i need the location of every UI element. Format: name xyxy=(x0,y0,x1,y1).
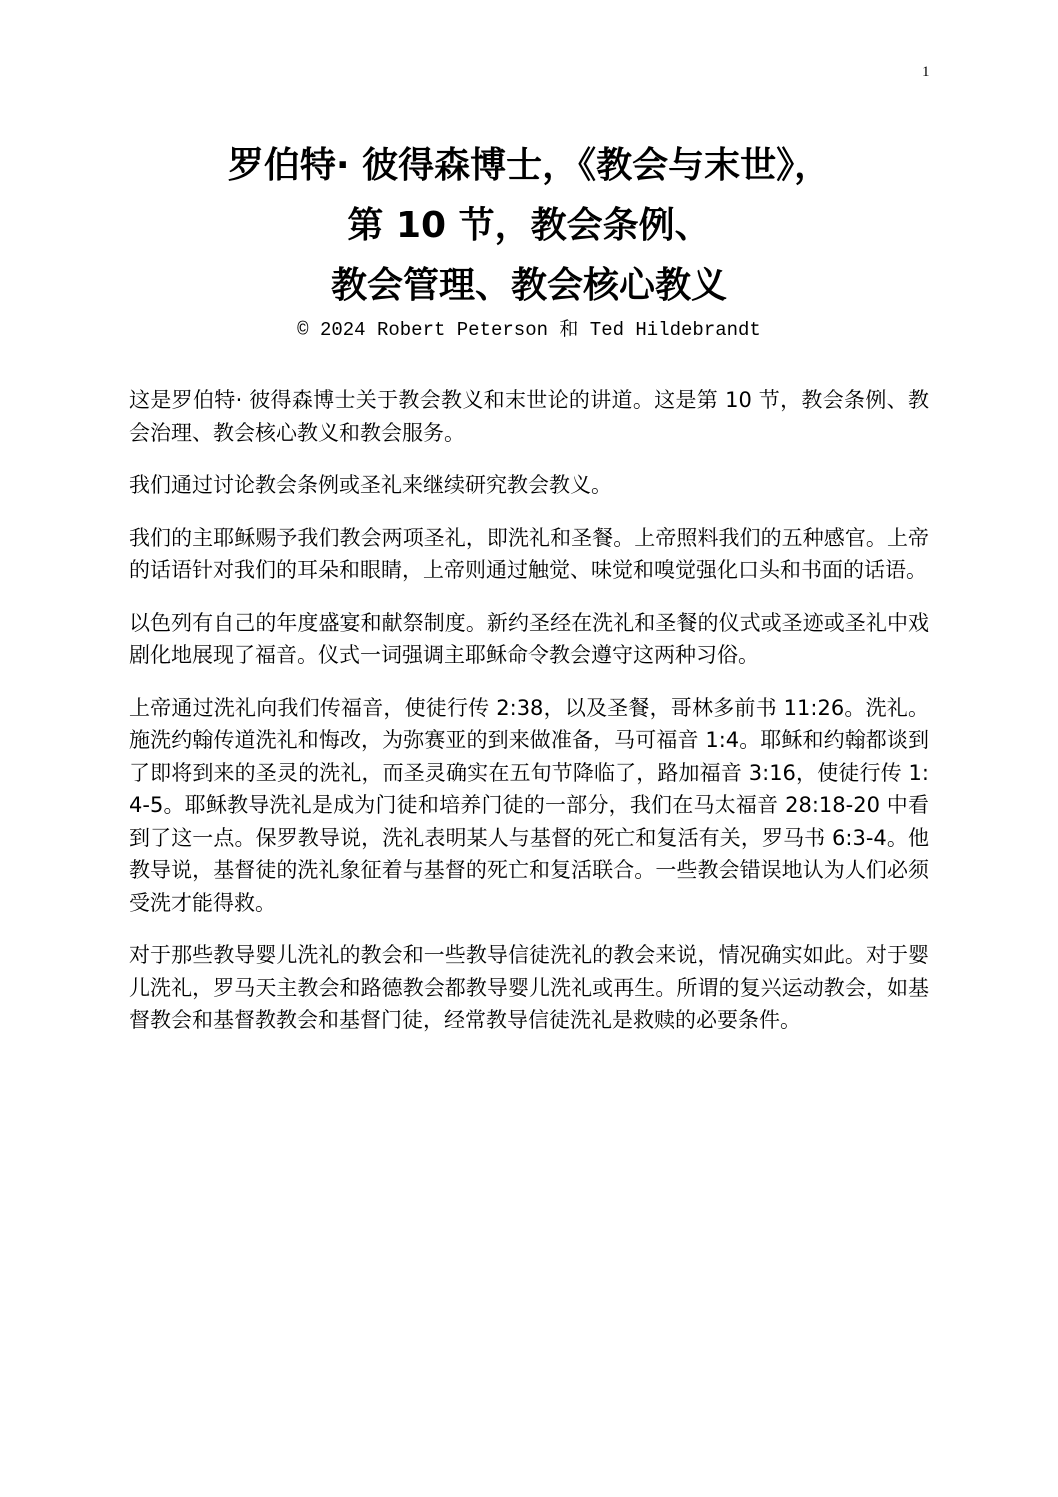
paragraph-infant-baptism: 对于那些教导婴儿洗礼的教会和一些教导信徒洗礼的教会来说，情况确实如此。对于婴儿洗… xyxy=(129,939,929,1037)
page-number: 1 xyxy=(922,64,930,81)
copyright-line: © 2024 Robert Peterson 和 Ted Hildebrandt xyxy=(0,318,1058,342)
document-body: 这是罗伯特· 彼得森博士关于教会教义和末世论的讲道。这是第 10 节，教会条例、… xyxy=(129,384,929,1057)
title-line-1: 罗伯特· 彼得森博士，《教会与末世》， xyxy=(0,136,1058,196)
paragraph-two-sacraments: 我们的主耶稣赐予我们教会两项圣礼，即洗礼和圣餐。上帝照料我们的五种感官。上帝的话… xyxy=(129,522,929,587)
document-title: 罗伯特· 彼得森博士，《教会与末世》， 第 10 节，教会条例、 教会管理、教会… xyxy=(0,136,1058,342)
paragraph-baptism: 上帝通过洗礼向我们传福音，使徒行传 2:38，以及圣餐，哥林多前书 11:26。… xyxy=(129,692,929,920)
title-line-2: 第 10 节，教会条例、 xyxy=(0,196,1058,256)
paragraph-intro: 这是罗伯特· 彼得森博士关于教会教义和末世论的讲道。这是第 10 节，教会条例、… xyxy=(129,384,929,449)
title-line-3: 教会管理、教会核心教义 xyxy=(0,256,1058,316)
paragraph-ordinances: 我们通过讨论教会条例或圣礼来继续研究教会教义。 xyxy=(129,469,929,502)
paragraph-israel-feasts: 以色列有自己的年度盛宴和献祭制度。新约圣经在洗礼和圣餐的仪式或圣迹或圣礼中戏剧化… xyxy=(129,607,929,672)
